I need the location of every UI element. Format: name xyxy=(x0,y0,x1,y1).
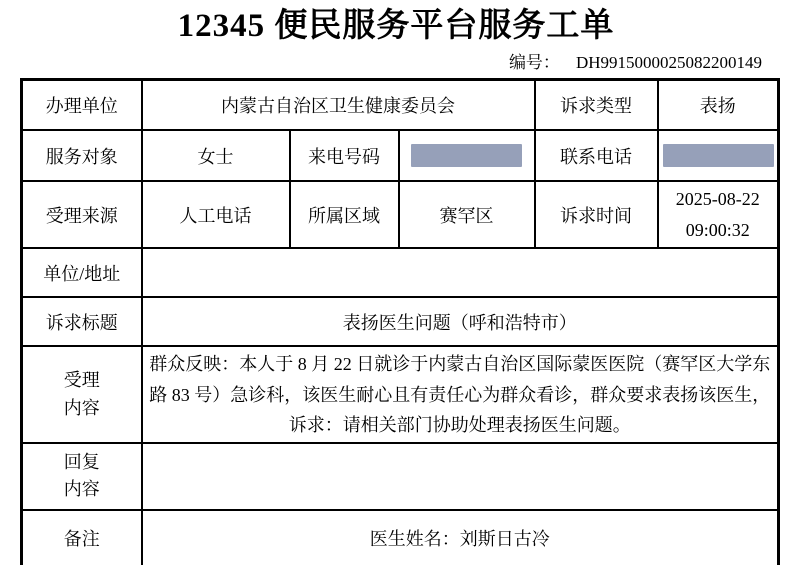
appeal-title-value: 表扬医生问题（呼和浩特市） xyxy=(142,297,779,346)
contact-phone-redaction-block xyxy=(663,144,774,167)
appeal-time-clock: 09:00:32 xyxy=(663,215,774,246)
doc-number-label: 编号： xyxy=(509,53,560,72)
appeal-type-value: 表扬 xyxy=(658,79,779,130)
contact-phone-value xyxy=(658,130,779,181)
appeal-time-date: 2025-08-22 xyxy=(663,184,774,215)
row-service-target: 服务对象 女士 来电号码 联系电话 xyxy=(22,130,779,181)
row-reply-content: 回复 内容 xyxy=(22,443,779,510)
accept-content-value: 群众反映：本人于 8 月 22 日就诊于内蒙古自治区国际蒙医医院（赛罕区大学东路… xyxy=(142,346,779,443)
remark-label: 备注 xyxy=(22,510,142,565)
accept-source-label: 受理来源 xyxy=(22,181,142,248)
doc-number: 编号：DH9915000025082200149 xyxy=(0,48,792,73)
caller-number-value xyxy=(399,130,535,181)
region-label: 所属区域 xyxy=(290,181,399,248)
accept-source-value: 人工电话 xyxy=(142,181,290,248)
doc-number-value: DH9915000025082200149 xyxy=(576,53,762,73)
reply-content-value xyxy=(142,443,779,510)
row-accept-content: 受理 内容 群众反映：本人于 8 月 22 日就诊于内蒙古自治区国际蒙医医院（赛… xyxy=(22,346,779,443)
row-accept-source: 受理来源 人工电话 所属区域 赛罕区 诉求时间 2025-08-22 09:00… xyxy=(22,181,779,248)
contact-phone-label: 联系电话 xyxy=(535,130,658,181)
appeal-type-label: 诉求类型 xyxy=(535,79,658,130)
caller-number-redaction-block xyxy=(411,144,522,167)
appeal-time-value: 2025-08-22 09:00:32 xyxy=(658,181,779,248)
handling-unit-value: 内蒙古自治区卫生健康委员会 xyxy=(142,79,535,130)
service-target-label: 服务对象 xyxy=(22,130,142,181)
accept-content-label: 受理 内容 xyxy=(22,346,142,443)
handling-unit-label: 办理单位 xyxy=(22,79,142,130)
row-handling-unit: 办理单位 内蒙古自治区卫生健康委员会 诉求类型 表扬 xyxy=(22,79,779,130)
region-value: 赛罕区 xyxy=(399,181,535,248)
row-appeal-title: 诉求标题 表扬医生问题（呼和浩特市） xyxy=(22,297,779,346)
unit-address-label: 单位/地址 xyxy=(22,248,142,297)
reply-content-label: 回复 内容 xyxy=(22,443,142,510)
appeal-title-label: 诉求标题 xyxy=(22,297,142,346)
row-remark: 备注 医生姓名：刘斯日古冷 xyxy=(22,510,779,565)
workorder-page: 12345 便民服务平台服务工单 编号：DH991500002508220014… xyxy=(0,0,792,565)
service-target-value: 女士 xyxy=(142,130,290,181)
page-title: 12345 便民服务平台服务工单 xyxy=(0,0,792,47)
appeal-time-label: 诉求时间 xyxy=(535,181,658,248)
caller-number-label: 来电号码 xyxy=(290,130,399,181)
workorder-table: 办理单位 内蒙古自治区卫生健康委员会 诉求类型 表扬 服务对象 女士 来电号码 … xyxy=(20,78,780,565)
remark-value: 医生姓名：刘斯日古冷 xyxy=(142,510,779,565)
row-unit-address: 单位/地址 xyxy=(22,248,779,297)
unit-address-value xyxy=(142,248,779,297)
